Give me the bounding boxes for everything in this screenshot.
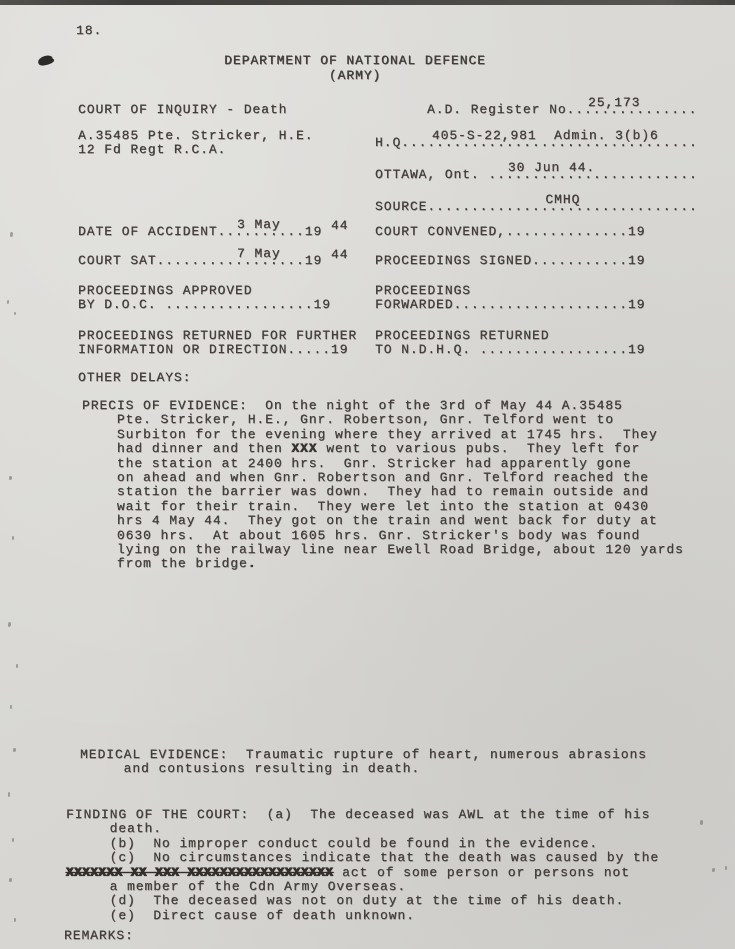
precis-line: Pte. Stricker, H.E., Gnr. Robertson, Gnr…	[82, 413, 684, 427]
remarks-heading: REMARKS:	[64, 929, 134, 943]
precis-line: wait for their train. They were let into…	[82, 500, 684, 514]
field-hq-file: H.Q..................................405…	[375, 136, 698, 150]
dotted-line: ........7 May	[235, 254, 305, 268]
field-value: 25,173	[588, 96, 640, 110]
finding-line: a member of the Cdn Army Overseas.	[66, 880, 659, 894]
paper-speck	[9, 878, 12, 882]
year-value: 44	[322, 247, 348, 262]
struck-out-text: XXX	[291, 441, 317, 456]
precis-line: station the barrier was down. They had t…	[82, 485, 684, 499]
precis-line: PRECIS OF EVIDENCE: On the night of the …	[82, 399, 684, 413]
page-number: 18.	[76, 24, 102, 38]
field-court-convened: COURT CONVENED,..............19	[375, 225, 645, 239]
dotted-line: ........3 May	[235, 225, 305, 239]
precis-line: hrs 4 May 44. They got on the train and …	[82, 514, 684, 528]
struck-out-character: .	[248, 556, 257, 571]
field-proceedings-signed: PROCEEDINGS SIGNED...........19	[375, 254, 645, 268]
precis-line: 0630 hrs. At about 1605 hrs. Gnr. Strick…	[82, 529, 684, 543]
dotted-line: .............25,173	[584, 103, 697, 117]
field-label: A.D. Register No..	[427, 102, 584, 117]
paper-speck	[12, 536, 14, 540]
field-value: 3 May	[237, 218, 281, 232]
finding-line: (d) The deceased was not on duty at the …	[66, 894, 659, 908]
paper-speck	[9, 476, 12, 480]
finding-line: death.	[66, 822, 659, 836]
medical-line: and contusions resulting in death.	[80, 762, 647, 776]
year-value: 44	[322, 218, 348, 233]
year-prefix: 19	[305, 224, 322, 239]
field-value: 405-S-22,981 Admin. 3(b)6	[432, 129, 659, 143]
court-of-inquiry-type: COURT OF INQUIRY - Death	[78, 103, 287, 117]
precis-line: the station at 2400 hrs. Gnr. Stricker h…	[82, 457, 684, 471]
field-value: 30 Jun 44.	[508, 161, 595, 175]
field-label: DATE OF ACCIDENT..	[78, 224, 235, 239]
paper-speck	[14, 918, 16, 922]
paper-speck	[7, 300, 9, 304]
year-prefix: 19	[305, 253, 322, 268]
dotted-line: .................................405-S-2…	[410, 136, 698, 150]
scan-edge-artifact	[0, 0, 735, 5]
field-value: 7 May	[237, 247, 281, 261]
medical-line: MEDICAL EVIDENCE: Traumatic rupture of h…	[80, 748, 647, 762]
finding-line: (c) No circumstances indicate that the d…	[66, 851, 659, 865]
field-ad-register: A.D. Register No...............25,173	[427, 103, 697, 117]
finding-text: act of some person or persons not	[333, 865, 630, 880]
paper-speck	[712, 868, 715, 872]
precis-line: lying on the railway line near Ewell Roa…	[82, 543, 684, 557]
paper-speck	[10, 232, 13, 237]
struck-out-text: XXXXXXX XX XXX XXXXXXXXXXXXXXXXXX	[66, 865, 333, 880]
field-proceedings-returned-line2: INFORMATION OR DIRECTION.....19	[78, 343, 348, 357]
paper-speck	[16, 664, 18, 668]
field-label: OTTAWA, Ont. ..	[375, 167, 506, 182]
precis-line: on ahead and when Gnr. Robertson and Gnr…	[82, 471, 684, 485]
precis-text: had dinner and then	[82, 441, 291, 456]
paper-speck	[725, 866, 727, 870]
precis-line: had dinner and then XXX went to various …	[82, 442, 684, 456]
field-value: CMHQ	[545, 193, 580, 207]
paper-speck	[8, 622, 11, 627]
field-proceedings-forwarded-line2: FORWARDED....................19	[375, 298, 645, 312]
other-delays-heading: OTHER DELAYS:	[78, 371, 191, 385]
finding-line: FINDING OF THE COURT: (a) The deceased w…	[66, 808, 659, 822]
precis-line: from the bridge.	[82, 557, 684, 571]
field-date-of-accident: DATE OF ACCIDENT..........3 May19 44	[78, 225, 348, 239]
document-subtitle: (ARMY)	[0, 69, 710, 83]
field-source: SOURCE...............................CMH…	[375, 200, 698, 214]
paper-speck	[13, 748, 16, 752]
dotted-line: ......................30 Jun 44.	[506, 168, 698, 182]
precis-text: from the bridge	[82, 556, 248, 571]
scanned-court-of-inquiry-document: 18. DEPARTMENT OF NATIONAL DEFENCE (ARMY…	[0, 0, 735, 949]
paper-speck	[700, 820, 703, 825]
field-court-sat: COURT SAT.................7 May19 44	[78, 254, 348, 268]
finding-line: (b) No improper conduct could be found i…	[66, 837, 659, 851]
paper-speck	[14, 312, 16, 315]
finding-of-the-court-section: FINDING OF THE COURT: (a) The deceased w…	[66, 808, 659, 923]
document-title: DEPARTMENT OF NATIONAL DEFENCE	[0, 54, 710, 68]
precis-line: Surbiton for the evening where they arri…	[82, 428, 684, 442]
paper-speck	[10, 705, 12, 709]
precis-of-evidence-section: PRECIS OF EVIDENCE: On the night of the …	[82, 399, 684, 572]
subject-unit: 12 Fd Regt R.C.A.	[78, 143, 226, 157]
field-proceedings-approved-line2: BY D.O.C. .................19	[78, 298, 331, 312]
field-ottawa-date: OTTAWA, Ont. ........................30 …	[375, 168, 698, 182]
field-proceedings-returned-ndhq-line2: TO N.D.H.Q. .................19	[375, 343, 645, 357]
finding-line: XXXXXXX XX XXX XXXXXXXXXXXXXXXXXX act of…	[66, 866, 659, 880]
dotted-line: ...............................CMHQ	[427, 200, 697, 214]
field-label: COURT SAT.........	[78, 253, 235, 268]
finding-line: (e) Direct cause of death unknown.	[66, 909, 659, 923]
paper-speck	[12, 838, 14, 842]
medical-evidence-section: MEDICAL EVIDENCE: Traumatic rupture of h…	[80, 748, 647, 777]
precis-text: went to various pubs. They left for	[317, 441, 640, 456]
paper-speck	[8, 792, 10, 797]
field-label: SOURCE	[375, 199, 427, 214]
field-label: H.Q.	[375, 135, 410, 150]
